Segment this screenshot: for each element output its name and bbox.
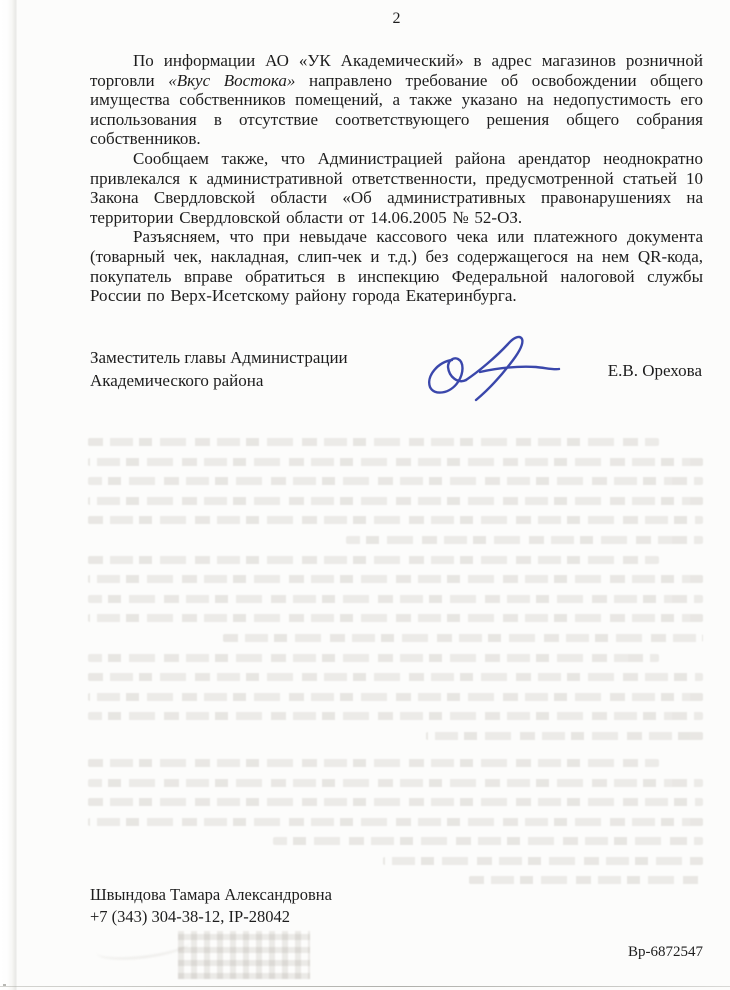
- paragraph-1: По информации АО «УК Академический» в ад…: [90, 51, 703, 149]
- bleedthrough-line: [88, 712, 703, 720]
- bleedthrough-line: [88, 438, 659, 446]
- bleedthrough-line: [88, 818, 703, 826]
- bleedthrough-line: [88, 516, 703, 524]
- signature-stroke-loop: [429, 358, 466, 392]
- registration-code: Вр-6872547: [628, 944, 703, 961]
- scan-speck: [3, 984, 6, 986]
- bleedthrough-line: [88, 798, 703, 806]
- bleedthrough-line: [88, 595, 703, 603]
- company-name-italic: «Вкус Востока»: [168, 71, 295, 90]
- bleedthrough-text: [88, 438, 703, 896]
- bleedthrough-line: [88, 575, 703, 583]
- bleedthrough-line: [88, 693, 703, 701]
- bleedthrough-line: [346, 536, 703, 544]
- bleedthrough-line: [88, 759, 659, 767]
- bleedthrough-line: [88, 497, 703, 505]
- paragraph-3: Разъясняем, что при невыдаче кассового ч…: [90, 227, 703, 305]
- executor-contact: +7 (343) 304-38-12, IP-28042: [90, 906, 332, 928]
- signature-block: Заместитель главы Администрации Академич…: [90, 347, 703, 411]
- scan-edge-left: [0, 0, 17, 990]
- paragraph-2: Сообщаем также, что Администрацией район…: [90, 149, 703, 227]
- bleedthrough-line: [88, 673, 703, 681]
- letter-body: По информации АО «УК Академический» в ад…: [90, 51, 703, 306]
- scanned-letter-page: 2 По информации АО «УК Академический» в …: [0, 0, 730, 990]
- executor-info: Швындова Тамара Александровна +7 (343) 3…: [90, 884, 332, 927]
- bleedthrough-line: [223, 634, 703, 642]
- bleedthrough-line: [88, 654, 659, 662]
- bleedthrough-line: [88, 477, 703, 485]
- executor-name: Швындова Тамара Александровна: [90, 884, 332, 906]
- handwritten-signature: [418, 331, 568, 405]
- bleedthrough-line: [88, 458, 703, 466]
- bleedthrough-line: [426, 732, 703, 740]
- signature-stroke-dash: [480, 367, 559, 372]
- bleedthrough-line: [88, 614, 703, 622]
- bleedthrough-line: [469, 876, 703, 884]
- scan-edge-bottom: [0, 986, 730, 987]
- bleedthrough-line: [88, 556, 659, 564]
- page-number: 2: [90, 10, 703, 28]
- bleedthrough-line: [88, 779, 703, 787]
- bleedthrough-qr-block: [178, 931, 310, 979]
- signer-name: Е.В. Орехова: [608, 361, 702, 381]
- bleedthrough-line: [383, 857, 703, 865]
- bleedthrough-line: [273, 837, 704, 845]
